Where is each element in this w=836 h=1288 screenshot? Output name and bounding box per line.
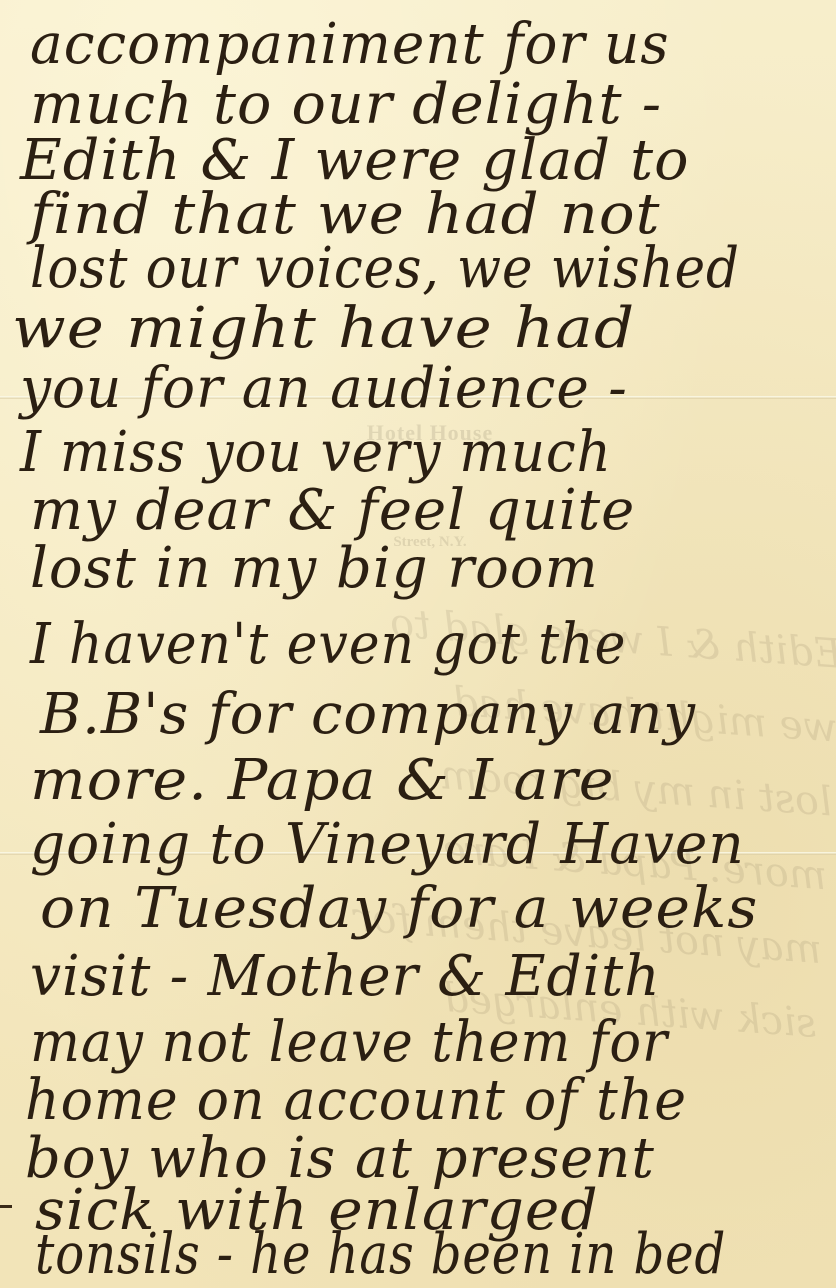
handwritten-line: I haven't even got the [30, 612, 626, 677]
handwritten-line: we might have had [12, 296, 635, 361]
handwritten-line: B.B's for company any [40, 682, 696, 747]
handwritten-line: tonsils - he has been in bed [35, 1222, 726, 1287]
handwritten-line: lost our voices, we wished [30, 236, 740, 301]
margin-ink-mark [0, 1205, 12, 1208]
handwritten-line: I miss you very much [20, 420, 612, 485]
handwritten-line: may not leave them for [30, 1010, 668, 1075]
handwritten-line: going to Vineyard Haven [30, 812, 745, 877]
letter-page: Hotel House Street, N.Y. Edith & I were … [0, 0, 836, 1288]
handwritten-line: accompaniment for us [30, 12, 670, 77]
handwritten-line: home on account of the [25, 1068, 687, 1133]
handwritten-line: visit - Mother & Edith [30, 944, 661, 1009]
handwritten-line: lost in my big room [30, 536, 599, 601]
handwritten-line: you for an audience - [20, 356, 628, 421]
handwritten-line: on Tuesday for a weeks [40, 876, 758, 941]
handwritten-line: my dear & feel quite [30, 478, 635, 543]
handwritten-line: more. Papa & I are [30, 748, 615, 813]
